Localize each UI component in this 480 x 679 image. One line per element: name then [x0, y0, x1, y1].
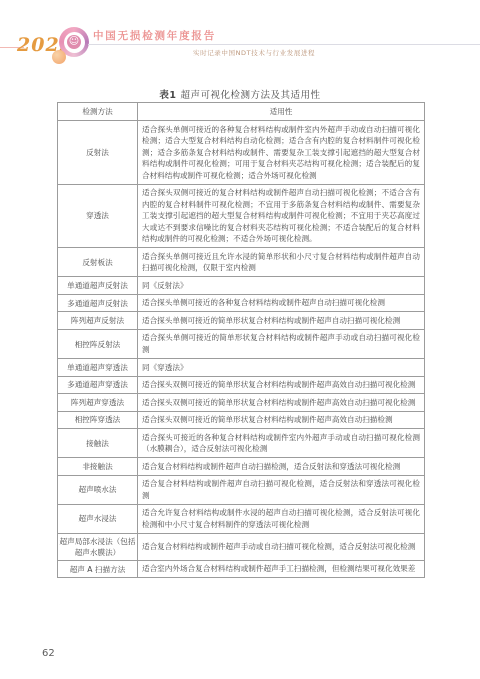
table-row: 非接触法适合复合材料结构或制件超声自动扫描检测，适合反射法和穿透法可视化检测	[58, 458, 425, 476]
applicability-cell: 适合室内外场合复合材料结构或制件超声手工扫描检测，但检测结果可视化效果差	[138, 560, 425, 578]
applicability-cell: 适合探头单侧可接近的各种复合材料结构或制件室内外超声手动或自动扫描可视化检测；适…	[138, 121, 425, 185]
applicability-cell: 适合探头双侧可接近的简单形状复合材料结构或制件超声高效自动扫描检测	[138, 411, 425, 429]
method-cell: 多通道超声反射法	[58, 294, 138, 312]
table-title-text: 超声可视化检测方法及其适用性	[181, 90, 321, 101]
table-row: 多通道超声穿透法适合探头双侧可接近的简单形状复合材料结构或制件超声高效自动扫描可…	[58, 376, 425, 394]
table-title-label: 表1	[159, 90, 176, 101]
table-title: 表1超声可视化检测方法及其适用性	[0, 87, 480, 101]
applicability-cell: 适合复合材料结构或制件超声自动扫描检测，适合反射法和穿透法可视化检测	[138, 458, 425, 476]
applicability-cell: 适合探头双侧可接近的简单形状复合材料结构或制件超声高效自动扫描可视化检测	[138, 376, 425, 394]
logo-orange-dot-icon	[52, 50, 66, 64]
applicability-cell: 适合允许复合材料结构或制件水浸的超声自动扫描可视化检测，适合反射法可视化检测和中…	[138, 504, 425, 533]
table-row: 单通道超声反射法同《反射法》	[58, 277, 425, 295]
table-row: 超声喷水法适合复合材料结构或制件超声自动扫描可视化检测，适合反射法和穿透法可视化…	[58, 475, 425, 504]
table-row: 接触法适合探头可接近的各种复合材料结构或制件室内外超声手动或自动扫描可视化检测（…	[58, 429, 425, 458]
table-row: 超声 A 扫描方法适合室内外场合复合材料结构或制件超声手工扫描检测，但检测结果可…	[58, 560, 425, 578]
method-cell: 多通道超声穿透法	[58, 376, 138, 394]
applicability-cell: 适合探头单侧可接近的简单形状复合材料结构或制件超声自动扫描可视化检测	[138, 312, 425, 330]
method-cell: 穿透法	[58, 184, 138, 248]
table-row: 反射板法适合探头单侧可接近且允许水浸的简单形状和小尺寸复合材料结构或制件超声自动…	[58, 248, 425, 277]
method-cell: 单通道超声穿透法	[58, 359, 138, 377]
page-number: 62	[42, 648, 55, 659]
column-header-method: 检测方法	[58, 103, 138, 121]
applicability-cell: 适合探头单侧可接近的简单形状复合材料结构或制件超声手动或自动扫描可视化检测	[138, 329, 425, 358]
table-row: 相控阵穿透法适合探头双侧可接近的简单形状复合材料结构或制件超声高效自动扫描检测	[58, 411, 425, 429]
column-header-applicability: 适用性	[138, 103, 425, 121]
method-cell: 单通道超声反射法	[58, 277, 138, 295]
method-cell: 反射法	[58, 121, 138, 185]
applicability-cell: 适合探头单侧可接近的各种复合材料结构或制件超声自动扫描可视化检测	[138, 294, 425, 312]
applicability-cell: 同《穿透法》	[138, 359, 425, 377]
method-cell: 接触法	[58, 429, 138, 458]
table-row: 穿透法适合探头双侧可接近的复合材料结构或制件超声自动扫描可视化检测；不适合含有内…	[58, 184, 425, 248]
table-header-row: 检测方法 适用性	[58, 103, 425, 121]
table-row: 超声局部水浸法（包括超声水膜法）适合复合材料结构或制件超声手动或自动扫描可视化检…	[58, 533, 425, 560]
table-row: 多通道超声反射法适合探头单侧可接近的各种复合材料结构或制件超声自动扫描可视化检测	[58, 294, 425, 312]
applicability-cell: 适合探头单侧可接近且允许水浸的简单形状和小尺寸复合材料结构或制件超声自动扫描可视…	[138, 248, 425, 277]
methods-table: 检测方法 适用性 反射法适合探头单侧可接近的各种复合材料结构或制件室内外超声手动…	[57, 102, 425, 578]
applicability-cell: 适合探头双侧可接近的简单形状复合材料结构或制件超声高效自动扫描可视化检测	[138, 394, 425, 412]
method-cell: 超声喷水法	[58, 475, 138, 504]
method-cell: 非接触法	[58, 458, 138, 476]
header-divider	[88, 44, 480, 45]
table-row: 阵列超声反射法适合探头单侧可接近的简单形状复合材料结构或制件超声自动扫描可视化检…	[58, 312, 425, 330]
report-title: 中国无损检测年度报告	[93, 28, 216, 43]
report-subtitle: 实时记录中国NDT技术与行业发展进程	[193, 48, 315, 57]
applicability-cell: 适合复合材料结构或制件超声手动或自动扫描可视化检测，适合反射法可视化检测	[138, 533, 425, 560]
applicability-cell: 同《反射法》	[138, 277, 425, 295]
applicability-cell: 适合复合材料结构或制件超声自动扫描可视化检测，适合反射法和穿透法可视化检测	[138, 475, 425, 504]
table-row: 相控阵反射法适合探头单侧可接近的简单形状复合材料结构或制件超声手动或自动扫描可视…	[58, 329, 425, 358]
applicability-cell: 适合探头双侧可接近的复合材料结构或制件超声自动扫描可视化检测；不适合含有内腔的复…	[138, 184, 425, 248]
applicability-cell: 适合探头可接近的各种复合材料结构或制件室内外超声手动或自动扫描可视化检测（水膜耦…	[138, 429, 425, 458]
logo-face-icon: ☺	[67, 35, 81, 49]
method-cell: 相控阵穿透法	[58, 411, 138, 429]
table-row: 单通道超声穿透法同《穿透法》	[58, 359, 425, 377]
method-cell: 超声 A 扫描方法	[58, 560, 138, 578]
method-cell: 反射板法	[58, 248, 138, 277]
method-cell: 阵列超声反射法	[58, 312, 138, 330]
table-row: 阵列超声穿透法适合探头双侧可接近的简单形状复合材料结构或制件超声高效自动扫描可视…	[58, 394, 425, 412]
method-cell: 阵列超声穿透法	[58, 394, 138, 412]
method-cell: 超声局部水浸法（包括超声水膜法）	[58, 533, 138, 560]
method-cell: 超声水浸法	[58, 504, 138, 533]
table-body: 反射法适合探头单侧可接近的各种复合材料结构或制件室内外超声手动或自动扫描可视化检…	[58, 121, 425, 578]
method-cell: 相控阵反射法	[58, 329, 138, 358]
logo-inner-ring: ☺	[64, 32, 85, 53]
table-row: 反射法适合探头单侧可接近的各种复合材料结构或制件室内外超声手动或自动扫描可视化检…	[58, 121, 425, 185]
table-row: 超声水浸法适合允许复合材料结构或制件水浸的超声自动扫描可视化检测，适合反射法可视…	[58, 504, 425, 533]
